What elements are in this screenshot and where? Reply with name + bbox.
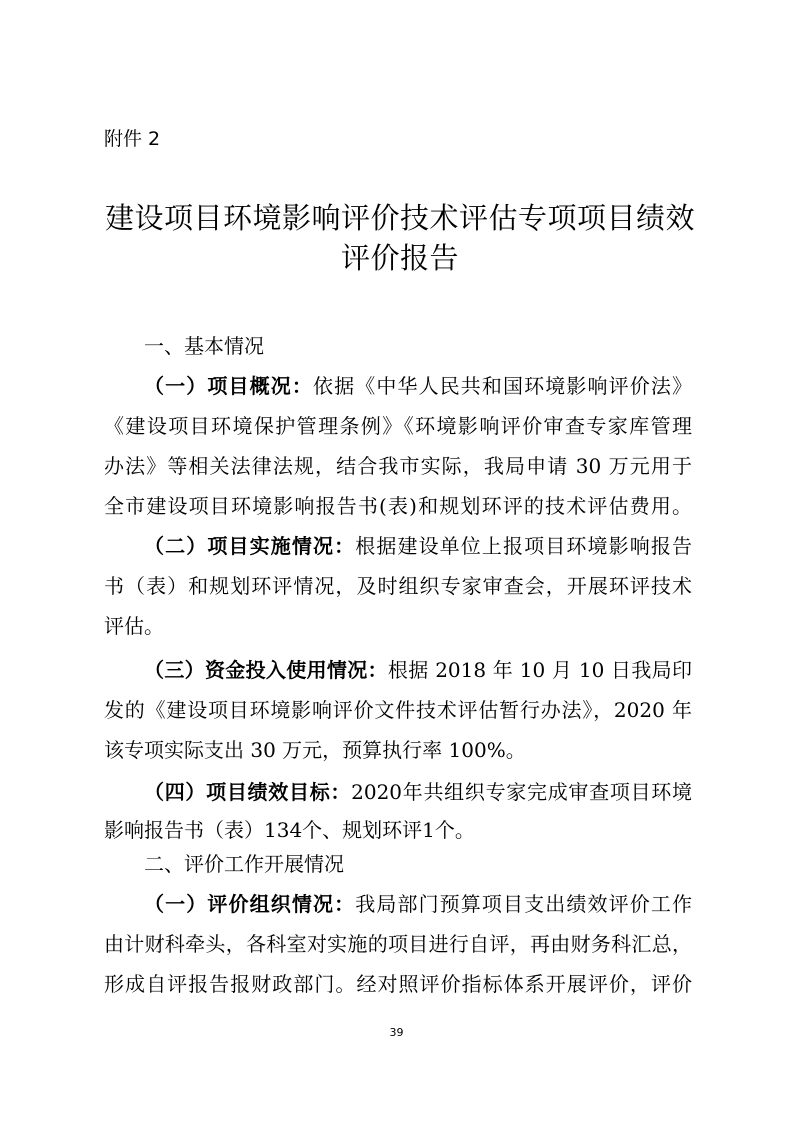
- paragraph-line: （三）资金投入使用情况：根据 2018 年 10 月 10 日我局印: [144, 654, 692, 683]
- paragraph-line: 由计财科牵头，各科室对实施的项目进行自评，再由财务科汇总，: [104, 928, 692, 957]
- paragraph-text: 我局部门预算项目支出绩效评价工作: [355, 892, 692, 916]
- paragraph-line: （一）评价组织情况：我局部门预算项目支出绩效评价工作: [144, 888, 692, 917]
- paragraph-label: （一）评价组织情况：: [144, 892, 355, 916]
- paragraph-line: （二）项目实施情况：根据建设单位上报项目环境影响报告: [144, 530, 692, 559]
- paragraph-text: 根据 2018 年 10 月 10 日我局印: [388, 658, 692, 682]
- document-title-line-1: 建设项目环境影响评价技术评估专项项目绩效: [90, 196, 710, 237]
- paragraph-text: 依据《中华人民共和国环境影响评价法》: [313, 374, 692, 398]
- document-title-line-2: 评价报告: [90, 236, 710, 277]
- section-heading-evaluation-work: 二、评价工作开展情况: [144, 848, 344, 877]
- paragraph-line: 发的《建设项目环境影响评价文件技术评估暂行办法》，2020 年: [104, 694, 692, 723]
- paragraph-line: 全市建设项目环境影响报告书(表)和规划环评的技术评估费用。: [104, 490, 692, 519]
- paragraph-line: 该专项实际支出 30 万元，预算执行率 100%。: [104, 734, 692, 763]
- document-page: 附件 2 建设项目环境影响评价技术评估专项项目绩效 评价报告 一、基本情况 （一…: [0, 0, 793, 1122]
- paragraph-line: 评估。: [104, 610, 692, 639]
- paragraph-text: 根据建设单位上报项目环境影响报告: [355, 534, 692, 558]
- paragraph-line: 书（表）和规划环评情况，及时组织专家审查会，开展环评技术: [104, 570, 692, 599]
- paragraph-text: 2020年共组织专家完成审查项目环境: [351, 780, 692, 804]
- attachment-label: 附件 2: [104, 124, 160, 151]
- paragraph-line: 办法》等相关法律法规，结合我市实际，我局申请 30 万元用于: [104, 450, 692, 479]
- paragraph-label: （四）项目绩效目标：: [144, 780, 351, 804]
- paragraph-line: 《建设项目环境保护管理条例》《环境影响评价审查专家库管理: [104, 410, 692, 439]
- paragraph-line: （一）项目概况：依据《中华人民共和国环境影响评价法》: [144, 370, 692, 399]
- paragraph-label: （一）项目概况：: [144, 374, 313, 398]
- section-heading-basic-info: 一、基本情况: [144, 330, 264, 359]
- paragraph-line: 形成自评报告报财政部门。经对照评价指标体系开展评价，评价: [104, 968, 692, 997]
- paragraph-label: （二）项目实施情况：: [144, 534, 355, 558]
- page-number: 39: [0, 1026, 793, 1039]
- paragraph-line: 影响报告书（表）134个、规划环评1个。: [104, 814, 692, 843]
- paragraph-line: （四）项目绩效目标：2020年共组织专家完成审查项目环境: [144, 776, 692, 805]
- paragraph-label: （三）资金投入使用情况：: [144, 658, 388, 682]
